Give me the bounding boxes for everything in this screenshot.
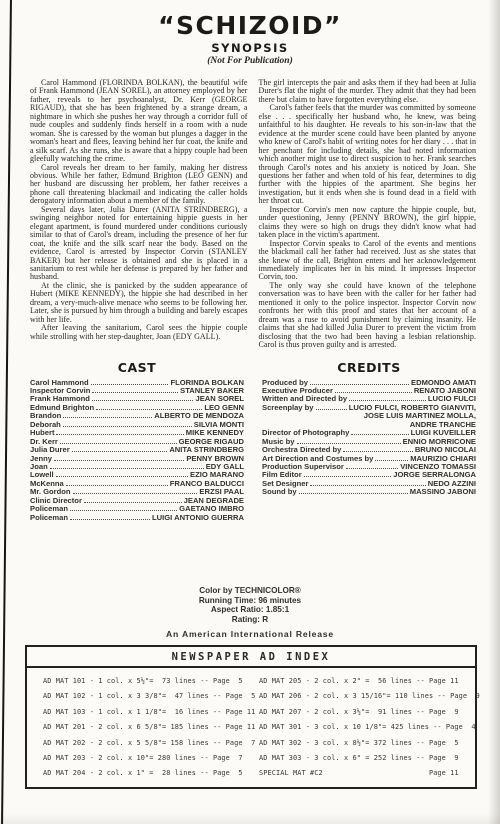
synopsis-paragraph: The only way she could have known of the… bbox=[259, 282, 477, 350]
dot-leader bbox=[73, 493, 198, 494]
credits-column: CREDITS Produced byEDMONDO AMATIExecutiv… bbox=[262, 360, 476, 523]
dot-leader bbox=[92, 400, 194, 401]
credit-label: Sound by bbox=[262, 488, 297, 496]
masthead: “SCHIZOID” SYNOPSIS (Not For Publication… bbox=[0, 0, 500, 66]
ad-index-heading: NEWSPAPER AD INDEX bbox=[27, 647, 475, 668]
ad-index-row: AD MAT 303 - 3 col. x 6" = 252 lines -- … bbox=[259, 751, 463, 766]
synopsis-left-column: Carol Hammond (FLORINDA BOLKAN), the bea… bbox=[30, 79, 248, 350]
ad-index-row: AD MAT 207 - 2 col. x 3½"= 91 lines -- P… bbox=[259, 705, 463, 720]
dot-leader bbox=[297, 443, 401, 444]
synopsis-paragraph: Several days later, Julia Durer (ANITA S… bbox=[30, 206, 248, 282]
tech-info-line: Rating: R bbox=[0, 615, 500, 625]
dot-leader bbox=[70, 519, 150, 520]
tech-info-line: Aspect Ratio: 1.85:1 bbox=[0, 605, 500, 615]
ad-index-left-column: AD MAT 101 - 1 col. x 5½"= 73 lines -- P… bbox=[43, 674, 247, 782]
credit-row: Sound byMASSINO JABONI bbox=[262, 488, 476, 496]
ad-index-columns: AD MAT 101 - 1 col. x 5½"= 73 lines -- P… bbox=[27, 668, 475, 782]
technical-info-block: Color by TECHNICOLOR®Running Time: 96 mi… bbox=[0, 586, 500, 624]
dot-leader bbox=[56, 434, 183, 435]
dot-leader bbox=[63, 426, 192, 427]
dot-leader bbox=[84, 502, 182, 503]
synopsis-paragraph: Inspector Corvin's men now capture the h… bbox=[259, 206, 477, 240]
ad-index-row: SPECIAL MAT #C2 Page 11 bbox=[259, 766, 463, 781]
dot-leader bbox=[310, 485, 425, 486]
dot-leader bbox=[91, 384, 169, 385]
credit-label: Screenplay by bbox=[262, 404, 314, 412]
synopsis-paragraph: Carol reveals her dream to her family, m… bbox=[30, 164, 248, 206]
release-line: An American International Release bbox=[0, 629, 500, 639]
synopsis-paragraph: Inspector Corvin speaks to Carol of the … bbox=[259, 240, 477, 282]
dot-leader bbox=[56, 476, 188, 477]
dot-leader bbox=[96, 409, 202, 410]
dot-leader bbox=[70, 510, 177, 511]
dot-leader bbox=[349, 400, 426, 401]
dot-leader bbox=[316, 409, 347, 410]
dot-leader bbox=[299, 493, 408, 494]
synopsis-right-column: The girl intercepts the pair and asks th… bbox=[259, 79, 477, 350]
ad-index-row: AD MAT 101 - 1 col. x 5½"= 73 lines -- P… bbox=[43, 674, 247, 689]
ad-index-row: AD MAT 206 - 2 col. x 3 15/16"= 110 line… bbox=[259, 689, 463, 704]
ad-index-row: AD MAT 203 - 2 col. x 10"= 280 lines -- … bbox=[43, 751, 247, 766]
credits-heading: CREDITS bbox=[262, 360, 476, 375]
cast-credits-section: CAST Carol HammondFLORINDA BOLKANInspect… bbox=[0, 350, 500, 523]
dot-leader bbox=[375, 460, 408, 461]
ad-index-row: AD MAT 301 - 3 col. x 10 1/8"= 425 lines… bbox=[259, 720, 463, 735]
ad-index-right-column: AD MAT 205 - 2 col. x 2" = 56 lines -- P… bbox=[259, 674, 463, 782]
dot-leader bbox=[72, 451, 168, 452]
synopsis-paragraph: The girl intercepts the pair and asks th… bbox=[259, 79, 477, 104]
tech-info-line: Color by TECHNICOLOR® bbox=[0, 586, 500, 596]
dot-leader bbox=[351, 434, 408, 435]
ad-index-row: AD MAT 201 - 2 col. x 6 5/8"= 185 lines … bbox=[43, 720, 247, 735]
cast-role: Policeman bbox=[30, 514, 68, 522]
scan-edge-bottom bbox=[0, 814, 500, 824]
scan-edge-right bbox=[488, 0, 500, 824]
cast-column: CAST Carol HammondFLORINDA BOLKANInspect… bbox=[30, 360, 244, 523]
page-title: “SCHIZOID” bbox=[0, 13, 500, 39]
ad-index-row: AD MAT 205 - 2 col. x 2" = 56 lines -- P… bbox=[259, 674, 463, 689]
dot-leader bbox=[66, 485, 168, 486]
dot-leader bbox=[54, 460, 184, 461]
dot-leader bbox=[310, 384, 409, 385]
synopsis-paragraph: After leaving the sanitarium, Carol sees… bbox=[30, 324, 248, 341]
dot-leader bbox=[63, 417, 152, 418]
synopsis-paragraph: Carol Hammond (FLORINDA BOLKAN), the bea… bbox=[30, 79, 248, 164]
dot-leader bbox=[304, 476, 392, 477]
dot-leader bbox=[343, 451, 412, 452]
not-for-publication-note: (Not For Publication) bbox=[0, 56, 500, 66]
dot-leader bbox=[346, 468, 398, 469]
cast-actor: LUIGI ANTONIO GUERRA bbox=[152, 514, 244, 522]
synopsis-paragraph: Carol's father feels that the murder was… bbox=[259, 104, 477, 205]
ad-index-row: AD MAT 103 - 1 col. x 1 1/8"= 16 lines -… bbox=[43, 705, 247, 720]
credits-list: Produced byEDMONDO AMATIExecutive Produc… bbox=[262, 379, 476, 497]
ad-index-row: AD MAT 102 - 1 col. x 3 3/8"= 47 lines -… bbox=[43, 689, 247, 704]
dot-leader bbox=[92, 392, 178, 393]
ad-index-row: AD MAT 302 - 3 col. x 8½"= 372 lines -- … bbox=[259, 736, 463, 751]
ad-index-row: AD MAT 202 - 2 col. x 5 5/8"= 158 lines … bbox=[43, 736, 247, 751]
cast-heading: CAST bbox=[30, 360, 244, 375]
dot-leader bbox=[335, 392, 412, 393]
cast-row: PolicemanLUIGI ANTONIO GUERRA bbox=[30, 514, 244, 522]
dot-leader bbox=[60, 443, 177, 444]
credit-value: MASSINO JABONI bbox=[410, 488, 476, 496]
synopsis-columns: Carol Hammond (FLORINDA BOLKAN), the bea… bbox=[0, 66, 500, 350]
synopsis-paragraph: At the clinic, she is panicked by the su… bbox=[30, 282, 248, 324]
tech-info-line: Running Time: 96 minutes bbox=[0, 596, 500, 606]
ad-index-row: AD MAT 204 - 2 col. x 1" = 28 lines -- P… bbox=[43, 766, 247, 781]
cast-list: Carol HammondFLORINDA BOLKANInspector Co… bbox=[30, 379, 244, 523]
pressbook-page: “SCHIZOID” SYNOPSIS (Not For Publication… bbox=[0, 0, 500, 824]
dot-leader bbox=[50, 468, 204, 469]
newspaper-ad-index-box: NEWSPAPER AD INDEX AD MAT 101 - 1 col. x… bbox=[25, 645, 477, 789]
synopsis-heading: SYNOPSIS bbox=[0, 41, 500, 55]
